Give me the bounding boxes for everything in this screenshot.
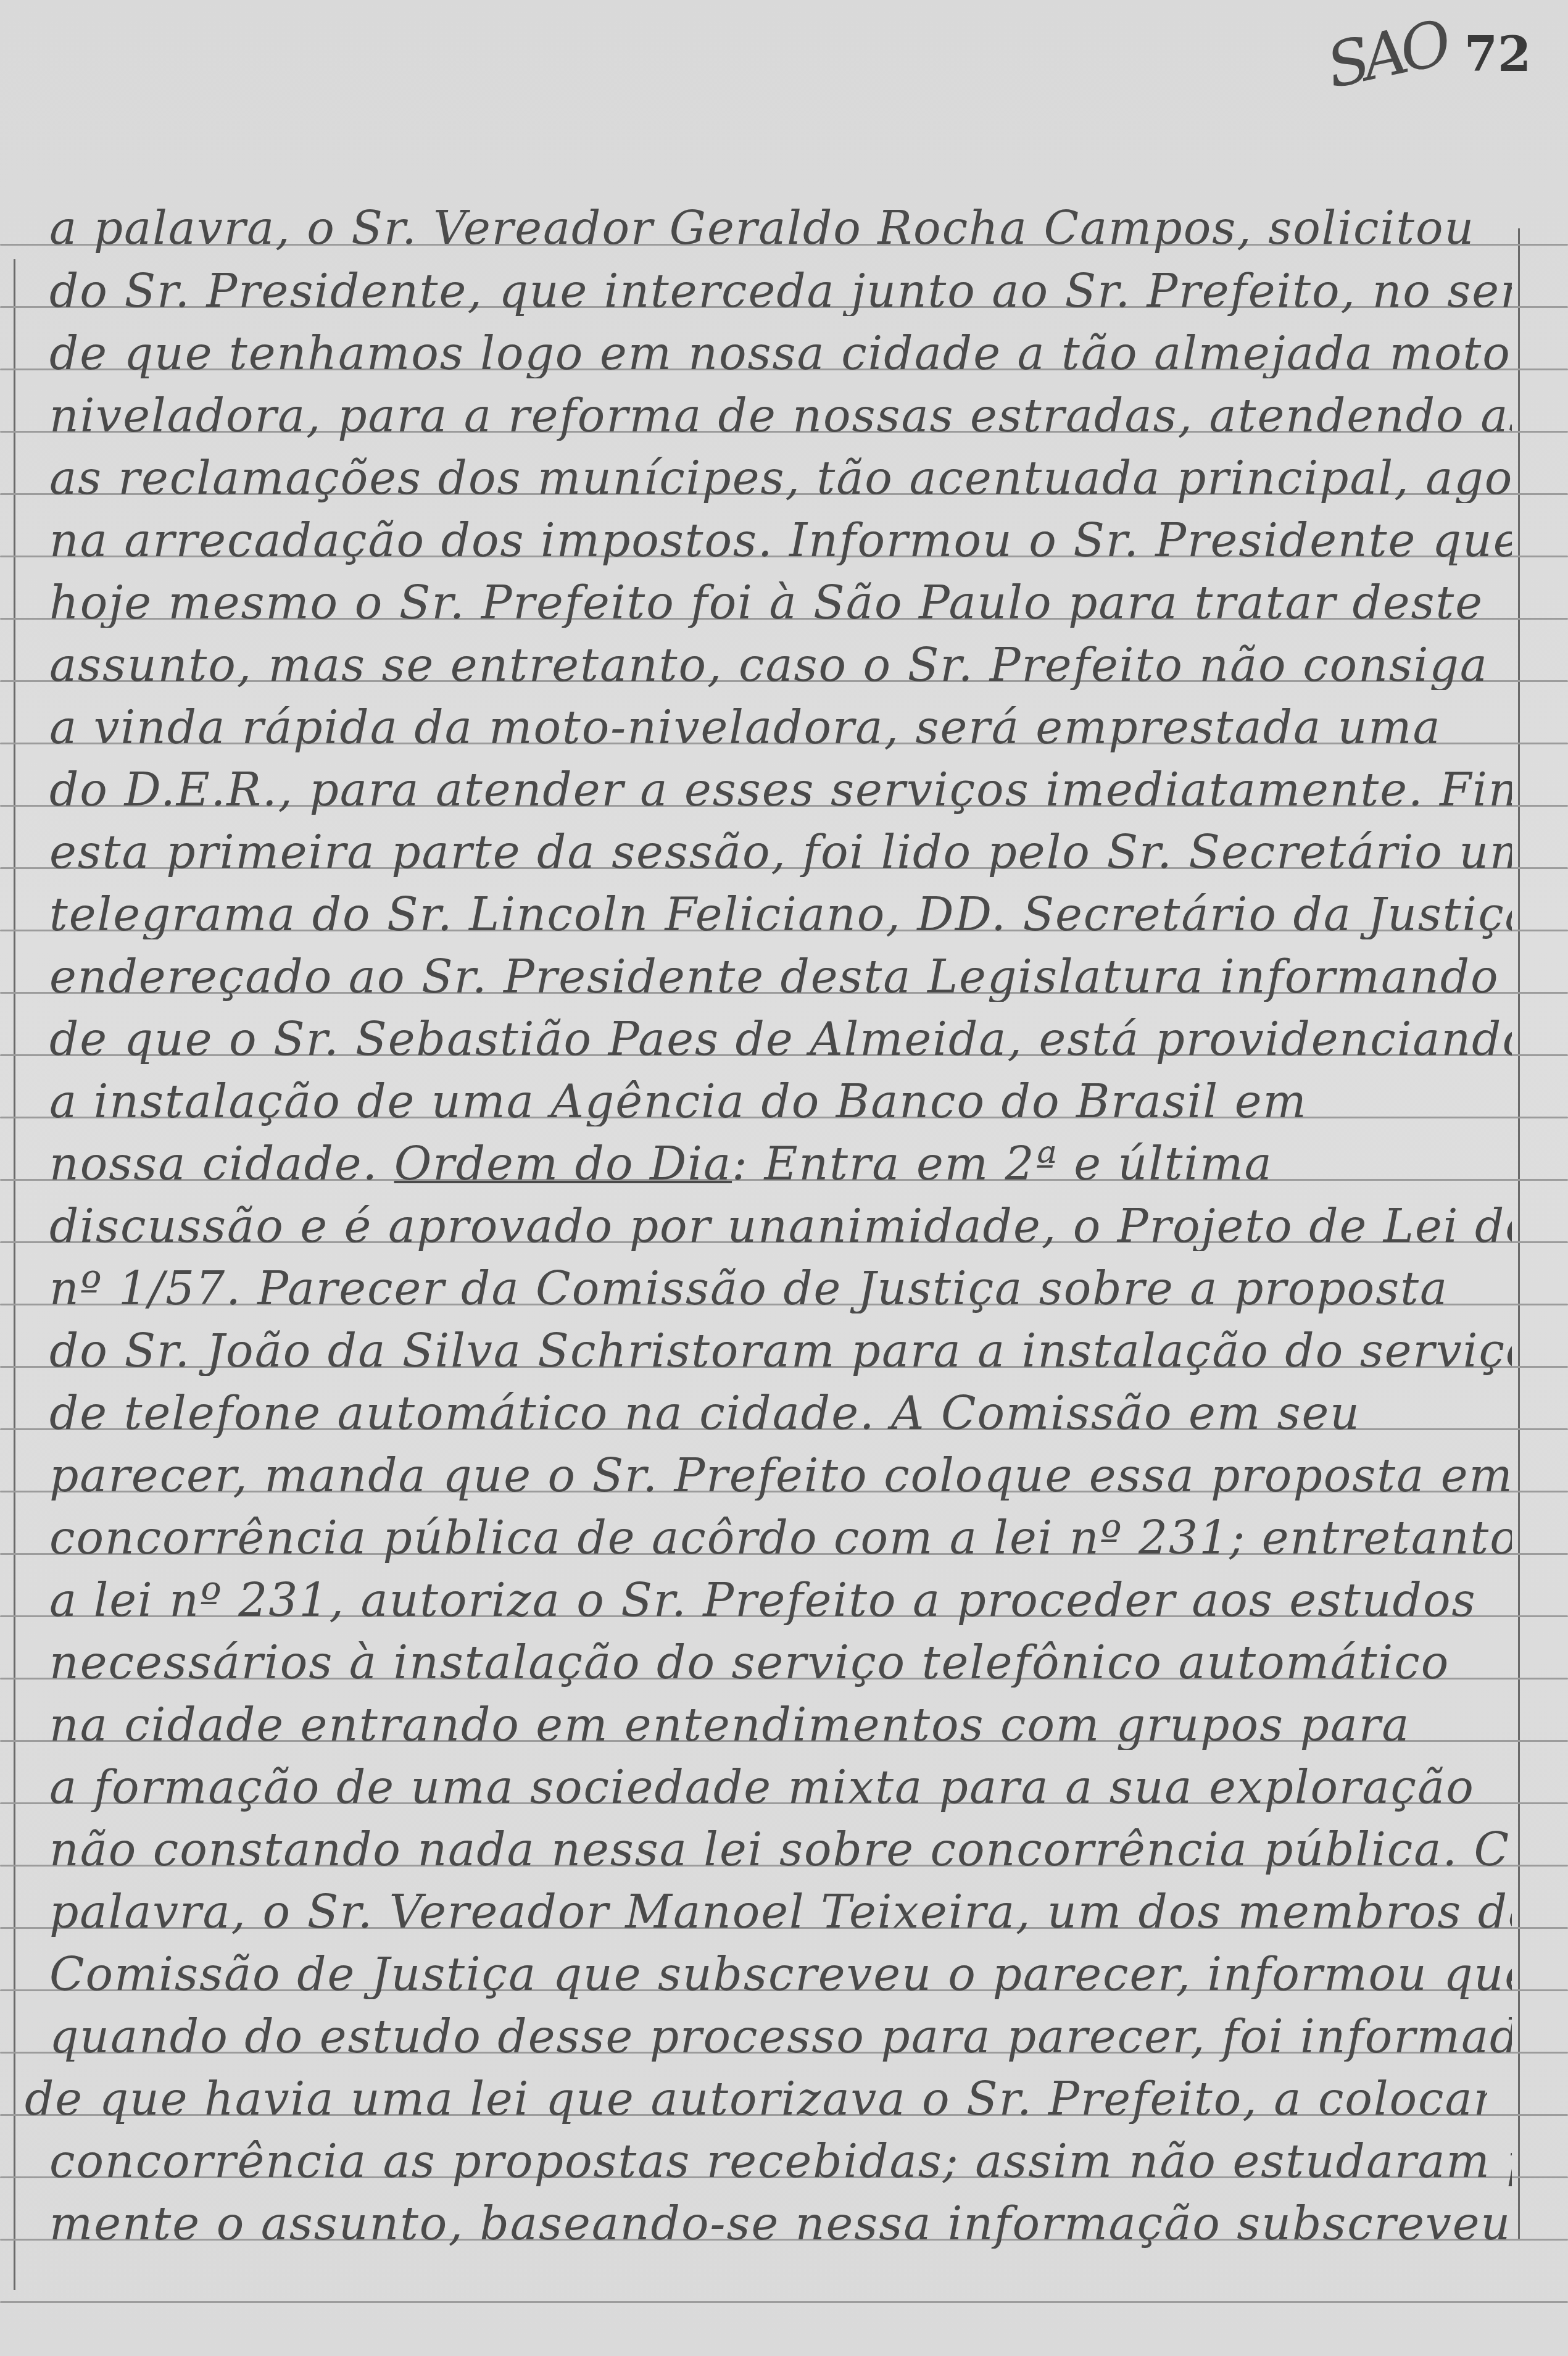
page-number: 72 <box>1464 27 1532 83</box>
text-line: parecer, manda que o Sr. Prefeito coloqu… <box>49 1451 1512 1501</box>
folio-header: SAO 72 <box>1327 19 1531 91</box>
left-margin-line <box>14 259 15 2290</box>
text-line: na arrecadação dos impostos. Informou o … <box>49 516 1512 565</box>
text-line: a vinda rápida da moto-niveladora, será … <box>49 703 1512 752</box>
text-line: não constando nada nessa lei sobre conco… <box>49 1825 1512 1875</box>
rubric-signature: SAO <box>1321 7 1452 102</box>
text-line: do D.E.R., para atender a esses serviços… <box>49 765 1512 815</box>
text-line: palavra, o Sr. Vereador Manoel Teixeira,… <box>49 1888 1512 1937</box>
text-line: Comissão de Justiça que subscreveu o par… <box>49 1950 1512 1999</box>
text-line: niveladora, para a reforma de nossas est… <box>49 391 1512 441</box>
right-margin-line <box>1518 228 1520 2241</box>
text-line: do Sr. Presidente, que interceda junto a… <box>49 267 1512 316</box>
text-line: necessários à instalação do serviço tele… <box>49 1638 1512 1688</box>
text-line: de que havia uma lei que autorizava o Sr… <box>25 2075 1487 2124</box>
text-line: a palavra, o Sr. Vereador Geraldo Rocha … <box>49 204 1512 253</box>
text-line: concorrência pública de acôrdo com a lei… <box>49 1513 1512 1563</box>
text-line: mente o assunto, baseando-se nessa infor… <box>49 2199 1512 2249</box>
text-line: telegrama do Sr. Lincoln Feliciano, DD. … <box>49 890 1512 939</box>
text-line: de que o Sr. Sebastião Paes de Almeida, … <box>49 1015 1512 1064</box>
text-line: nº 1/57. Parecer da Comissão de Justiça … <box>49 1264 1512 1313</box>
text-line: as reclamações dos munícipes, tão acentu… <box>49 454 1512 503</box>
text-line: concorrência as propostas recebidas; ass… <box>49 2137 1512 2186</box>
text-line: esta primeira parte da sessão, foi lido … <box>49 828 1512 877</box>
text-line: do Sr. João da Silva Schristoram para a … <box>49 1326 1512 1376</box>
text-line: na cidade entrando em entendimentos com … <box>49 1700 1512 1750</box>
ledger-page: SAO 72 a palavra, o Sr. Vereador Geraldo… <box>0 0 1568 2356</box>
text-line: assunto, mas se entretanto, caso o Sr. P… <box>49 641 1512 690</box>
text-line: de que tenhamos logo em nossa cidade a t… <box>49 329 1512 378</box>
text-line: a lei nº 231, autoriza o Sr. Prefeito a … <box>49 1576 1512 1625</box>
text-line: discussão e é aprovado por unanimidade, … <box>49 1202 1512 1251</box>
underlined-heading: Ordem do Dia <box>394 1139 732 1189</box>
text-line: endereçado ao Sr. Presidente desta Legis… <box>49 952 1512 1002</box>
ruled-line <box>0 2301 1568 2303</box>
text-line: nossa cidade. Ordem do Dia: Entra em 2ª … <box>49 1139 1512 1189</box>
text-line: a formação de uma sociedade mixta para a… <box>49 1763 1512 1812</box>
text-line: hoje mesmo o Sr. Prefeito foi à São Paul… <box>49 578 1512 628</box>
text-line: de telefone automático na cidade. A Comi… <box>49 1389 1512 1438</box>
text-line: quando do estudo desse processo para par… <box>49 2012 1512 2062</box>
text-line: a instalação de uma Agência do Banco do … <box>49 1077 1512 1126</box>
